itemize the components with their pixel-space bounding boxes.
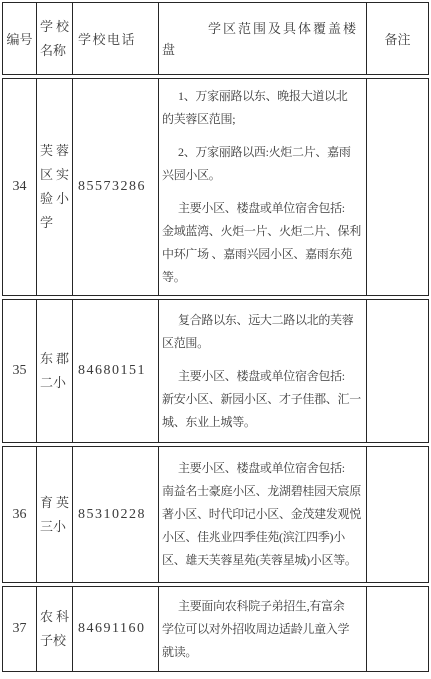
table-row: 37 农科子校 84691160 主要面向农科院子弟招生,有富余 学位可以对外招… [2, 586, 429, 672]
header-remark-label: 备注 [384, 29, 410, 48]
cell-remark [367, 299, 429, 443]
header-cell-school-name: 学校名称 [37, 2, 73, 75]
school-phone: 85310228 [78, 507, 146, 523]
school-phone: 84691160 [78, 621, 145, 637]
range-paragraph: 2、万家丽路以西:火炬二片、嘉雨 兴园小区。 [162, 141, 365, 187]
header-school-name-label: 学校名称 [40, 15, 69, 63]
cell-number: 34 [2, 78, 37, 296]
cell-school-name: 芙蓉区实验小学 [37, 78, 73, 296]
header-phone-label: 学校电话 [78, 29, 136, 48]
school-name: 芙蓉区实验小学 [40, 139, 69, 235]
cell-school-name: 农科子校 [37, 586, 73, 672]
cell-remark [367, 446, 429, 583]
range-paragraph: 主要面向农科院子弟招生,有富余 学位可以对外招收周边适龄儿童入学 就读。 [162, 595, 365, 664]
header-cell-remark: 备注 [367, 2, 429, 75]
cell-school-name: 东郡二小 [37, 299, 73, 443]
cell-remark [367, 586, 429, 672]
school-district-table: 编号 学校名称 学校电话 学区范围及具体覆盖楼 盘 备注 34 芙蓉区实验小学 … [2, 2, 429, 672]
cell-phone: 84680151 [73, 299, 159, 443]
range-paragraph: 主要小区、楼盘或单位宿舍包括: 南益名士豪庭小区、龙湖碧桂园天宸原 著小区、时代… [162, 457, 365, 572]
school-phone: 84680151 [78, 363, 146, 379]
cell-district-range: 主要面向农科院子弟招生,有富余 学位可以对外招收周边适龄儿童入学 就读。 [159, 586, 367, 672]
cell-district-range: 复合路以东、远大二路以北的芙蓉 区范围。 主要小区、楼盘或单位宿舍包括: 新安小… [159, 299, 367, 443]
header-cell-district-range: 学区范围及具体覆盖楼 盘 [159, 2, 367, 75]
cell-phone: 85573286 [73, 78, 159, 296]
school-name: 东郡二小 [40, 347, 69, 395]
range-paragraph: 复合路以东、远大二路以北的芙蓉 区范围。 [162, 309, 365, 355]
school-phone: 85573286 [78, 179, 146, 195]
header-number-label: 编号 [6, 29, 32, 48]
table-row: 35 东郡二小 84680151 复合路以东、远大二路以北的芙蓉 区范围。 主要… [2, 299, 429, 443]
cell-district-range: 主要小区、楼盘或单位宿舍包括: 南益名士豪庭小区、龙湖碧桂园天宸原 著小区、时代… [159, 446, 367, 583]
table-header-row: 编号 学校名称 学校电话 学区范围及具体覆盖楼 盘 备注 [2, 2, 429, 75]
table-row: 34 芙蓉区实验小学 85573286 1、万家丽路以东、晚报大道以北 的芙蓉区… [2, 78, 429, 296]
cell-remark [367, 78, 429, 296]
cell-school-name: 育英三小 [37, 446, 73, 583]
school-name: 育英三小 [40, 491, 69, 539]
range-paragraph: 1、万家丽路以东、晚报大道以北 的芙蓉区范围; [162, 85, 365, 131]
row-number: 36 [13, 507, 27, 523]
header-cell-phone: 学校电话 [73, 2, 159, 75]
cell-phone: 84691160 [73, 586, 159, 672]
cell-phone: 85310228 [73, 446, 159, 583]
cell-number: 37 [2, 586, 37, 672]
row-number: 34 [13, 179, 27, 195]
cell-number: 35 [2, 299, 37, 443]
header-cell-number: 编号 [2, 2, 37, 75]
range-paragraph: 主要小区、楼盘或单位宿舍包括: 金域蓝湾、火炬一片、火炬二片、保利 中环广场 、… [162, 197, 365, 289]
row-number: 37 [13, 621, 27, 637]
school-name: 农科子校 [40, 605, 69, 653]
cell-number: 36 [2, 446, 37, 583]
range-paragraph: 主要小区、楼盘或单位宿舍包括: 新安小区、新园小区、才子佳郡、汇一 城、东业上城… [162, 365, 365, 434]
cell-district-range: 1、万家丽路以东、晚报大道以北 的芙蓉区范围; 2、万家丽路以西:火炬二片、嘉雨… [159, 78, 367, 296]
header-district-range-label: 学区范围及具体覆盖楼 盘 [162, 18, 365, 60]
table-row: 36 育英三小 85310228 主要小区、楼盘或单位宿舍包括: 南益名士豪庭小… [2, 446, 429, 583]
row-number: 35 [13, 363, 27, 379]
